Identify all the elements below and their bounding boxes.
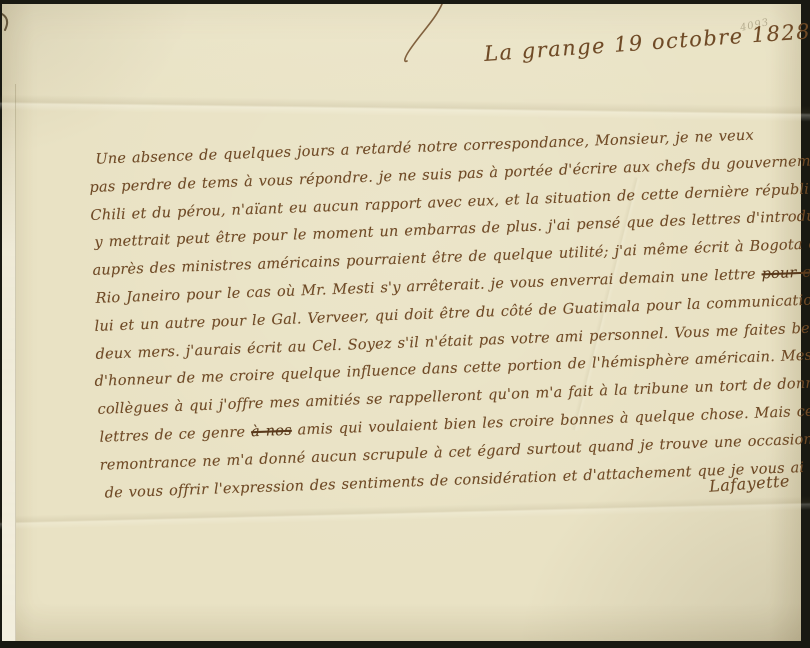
line-text: lettres de ce genre [99, 424, 251, 446]
ink-flourish [390, 4, 460, 68]
scanned-letter-image: 4093 La grange 19 octobre 1828 Une absen… [0, 0, 810, 648]
second-leaf-edge [2, 84, 16, 641]
struck-word: pour celle [761, 264, 810, 283]
letter-dateline: La grange 19 octobre 1828 [483, 19, 810, 66]
edge-ink-mark [2, 12, 12, 32]
struck-word: à nos [251, 423, 292, 440]
letter-body: Une absence de quelques jours a retardé … [88, 121, 807, 508]
fold-crease-top [0, 94, 810, 121]
letter-paper: 4093 La grange 19 octobre 1828 Une absen… [2, 4, 801, 641]
